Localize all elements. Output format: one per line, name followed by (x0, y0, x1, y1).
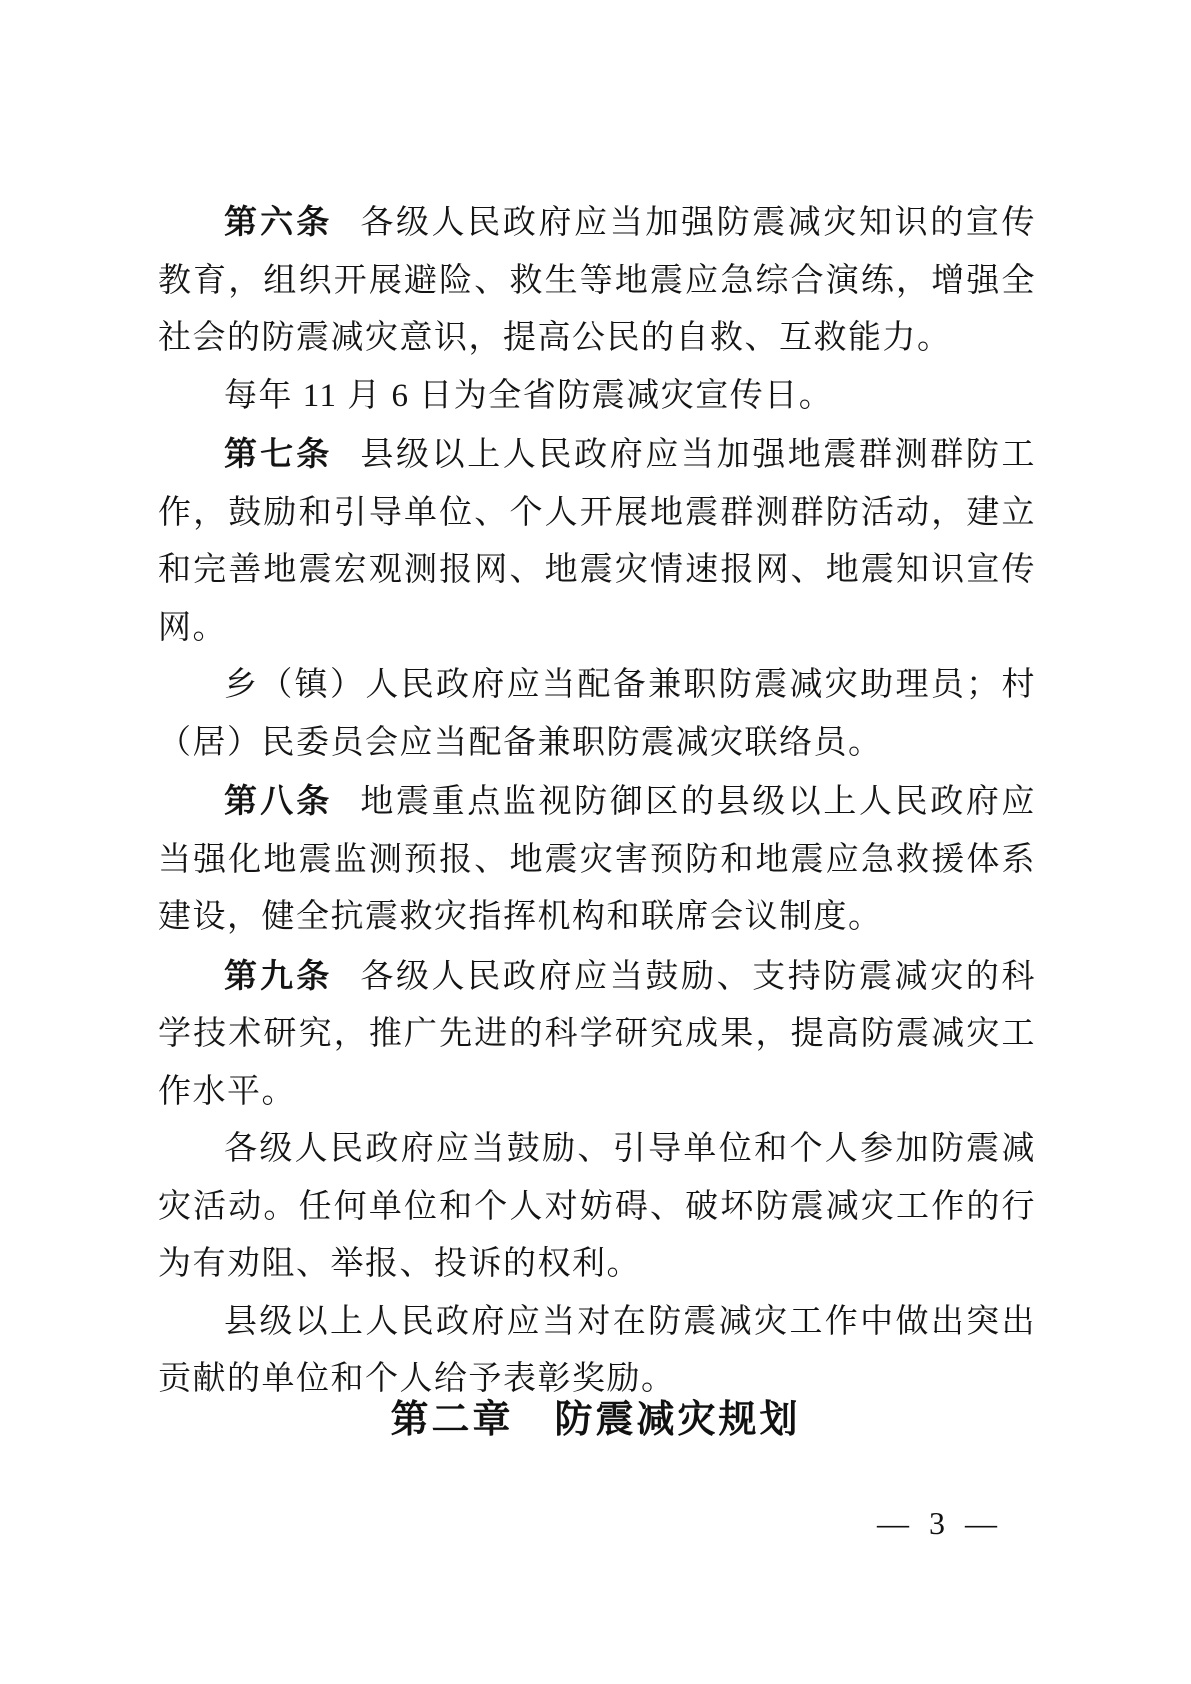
paragraph-text: 各级人民政府应当鼓励、引导单位和个人参加防震减灾活动。任何单位和个人对妨碍、破坏… (158, 1131, 1036, 1282)
paragraph-text: 每年 11 月 6 日为全省防震减灾宣传日。 (224, 378, 833, 414)
article-paragraph: 第九条各级人民政府应当鼓励、支持防震减灾的科学技术研究，推广先进的科学研究成果，… (158, 947, 1036, 1122)
article-paragraph: 第八条地震重点监视防御区的县级以上人民政府应当强化地震监测预报、地震灾害预防和地… (158, 772, 1036, 947)
article-number-label: 第七条 (224, 435, 332, 472)
article-paragraph: 乡（镇）人民政府应当配备兼职防震减灾助理员；村（居）民委员会应当配备兼职防震减灾… (158, 657, 1036, 772)
article-number-label: 第九条 (224, 957, 332, 994)
page-number: — 3 — (877, 1505, 1003, 1542)
chapter-heading: 第二章 防震减灾规划 (0, 1388, 1191, 1443)
paragraph-text: 乡（镇）人民政府应当配备兼职防震减灾助理员；村（居）民委员会应当配备兼职防震减灾… (158, 667, 1036, 761)
article-number-label: 第六条 (224, 203, 332, 240)
article-paragraph: 第七条县级以上人民政府应当加强地震群测群防工作，鼓励和引导单位、个人开展地震群测… (158, 425, 1036, 657)
article-paragraph: 第六条各级人民政府应当加强防震减灾知识的宣传教育，组织开展避险、救生等地震应急综… (158, 193, 1036, 368)
paragraph-text: 县级以上人民政府应当对在防震减灾工作中做出突出贡献的单位和个人给予表彰奖励。 (158, 1304, 1036, 1398)
article-number-label: 第八条 (224, 782, 332, 819)
document-page: 第六条各级人民政府应当加强防震减灾知识的宣传教育，组织开展避险、救生等地震应急综… (0, 0, 1191, 1684)
article-paragraph: 各级人民政府应当鼓励、引导单位和个人参加防震减灾活动。任何单位和个人对妨碍、破坏… (158, 1121, 1036, 1294)
article-paragraph: 每年 11 月 6 日为全省防震减灾宣传日。 (158, 368, 1036, 426)
document-body: 第六条各级人民政府应当加强防震减灾知识的宣传教育，组织开展避险、救生等地震应急综… (158, 193, 1036, 1409)
